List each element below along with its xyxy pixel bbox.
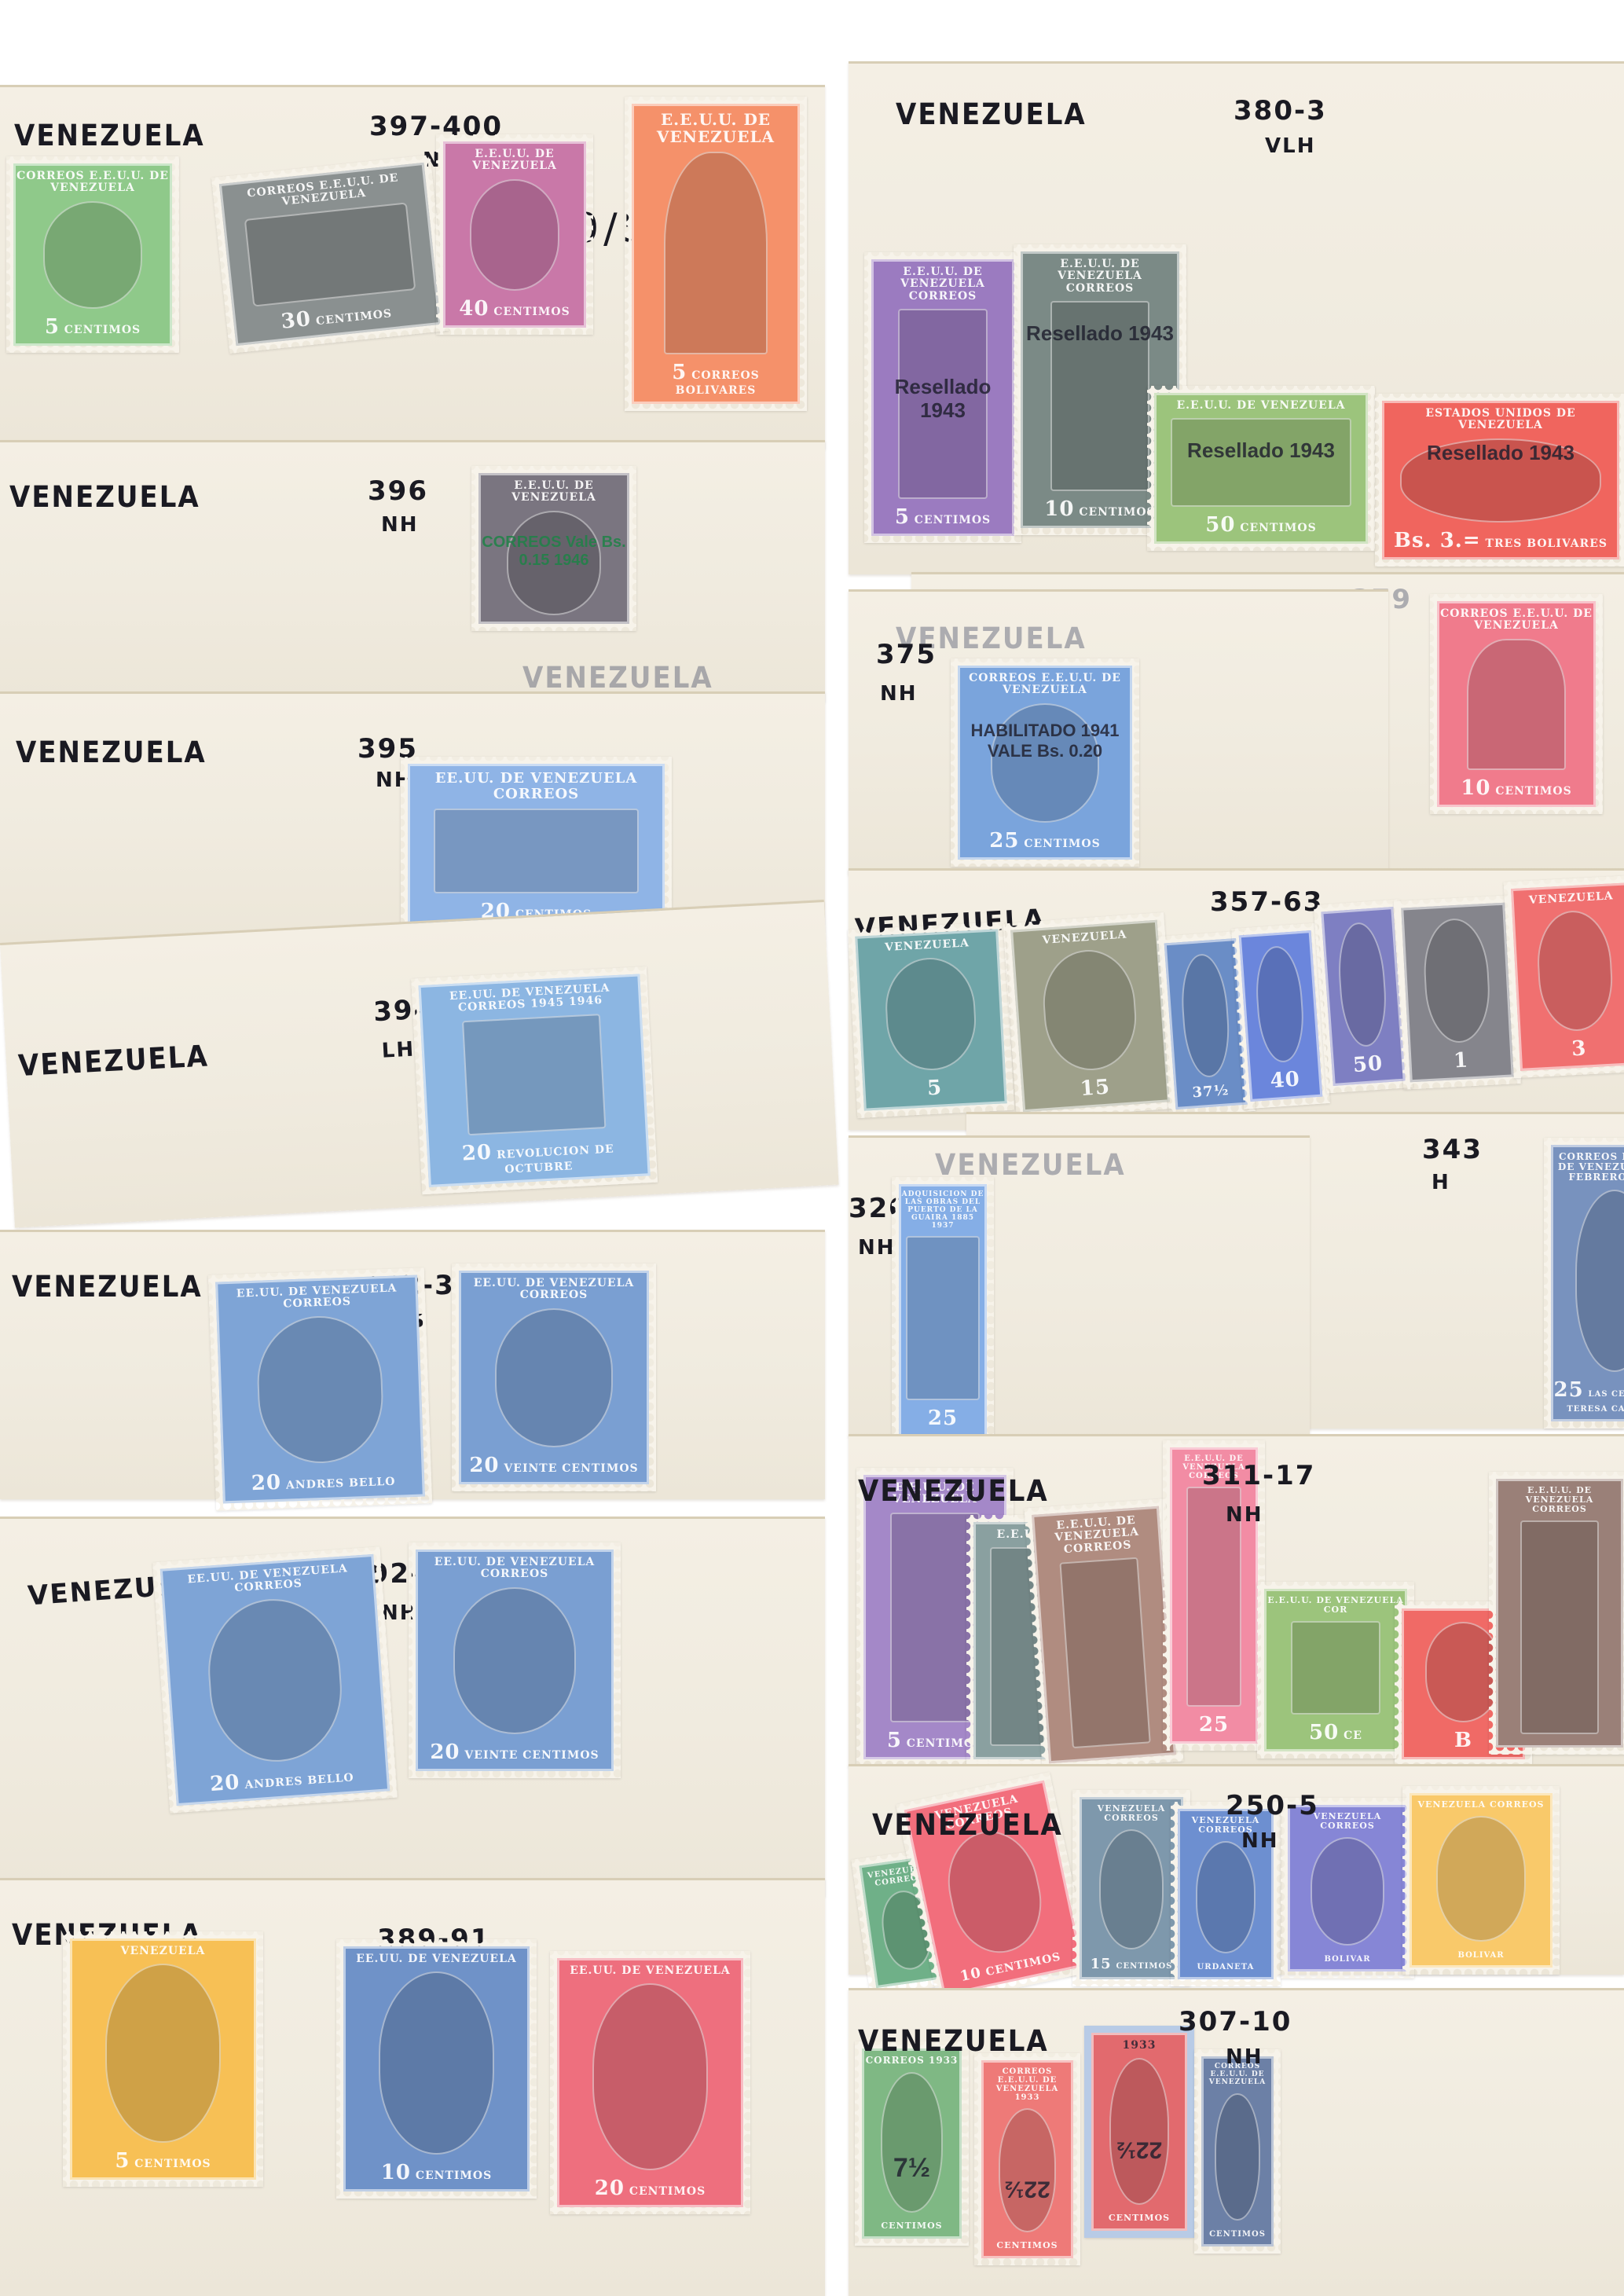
stamp-header: E.E.U.U. DE VENEZUELA CORREOS	[1498, 1481, 1621, 1514]
stamp-header: EE.UU. DE VENEZUELA CORREOS 1945 1946	[421, 977, 640, 1017]
condition-label: NH	[858, 1236, 896, 1260]
stamp-header: EE.UU. DE VENEZUELA CORREOS	[410, 766, 662, 802]
stamp-vignette	[881, 2072, 943, 2213]
stamp: CORREOS E.E.U.U. DE VENEZUELA 14 FEBRERO…	[1544, 1138, 1624, 1429]
stamp-vignette	[1467, 639, 1566, 770]
sleeve-380-3: VENEZUELA 380-3 VLH E.E.U.U. DE VENEZUEL…	[849, 61, 1624, 574]
stamp: ESTADOS UNIDOS DE VENEZUELABs. 3.= TRES …	[1375, 394, 1624, 567]
stamp: CORREOS E.E.U.U. DE VENEZUELA30 CENTIMOS	[211, 155, 449, 354]
stamp-header: VENEZUELA	[121, 1941, 206, 1957]
stamp-footer: URDANETA	[1197, 1960, 1255, 1977]
stamp-footer: CENTIMOS	[1209, 2227, 1266, 2244]
stamp-footer: 50	[1352, 1051, 1384, 1082]
stamp-footer: 20 ANDRES BELLO	[251, 1467, 396, 1500]
stamp-vignette	[105, 1964, 221, 2143]
stamp-footer: 40	[1270, 1068, 1302, 1098]
stamp-header: VENEZUELA CORREOS	[1082, 1799, 1181, 1823]
stamp-footer: 37½	[1192, 1082, 1230, 1106]
stamp-footer: 10 CENTIMOS	[1461, 776, 1571, 805]
condition-label: NH	[880, 682, 918, 706]
stamp-surcharge: 7½	[864, 2153, 959, 2184]
stamp-footer: 1	[1453, 1048, 1469, 1077]
condition-label: NH	[1226, 2045, 1263, 2069]
stamp-surcharge: 22½	[984, 2175, 1071, 2202]
stamp-header: CORREOS E.E.U.U. DE VENEZUELA 1933	[984, 2063, 1071, 2102]
stamp-vignette	[1196, 1841, 1256, 1953]
stamp-header: 1933	[1123, 2035, 1157, 2052]
condition-label: NH	[381, 513, 419, 537]
catalog-label: 250-5	[1226, 1790, 1319, 1821]
stamp: CORREOS E.E.U.U. DE VENEZUELA5 CENTIMOS	[6, 156, 179, 353]
stamp-vignette	[906, 1236, 980, 1400]
sleeve-307-10: VENEZUELA 307-10 NH CORREOS 1933CENTIMOS…	[849, 1988, 1624, 2296]
stamp-vignette	[203, 1594, 347, 1766]
stamp-header: E.E.U.U. DE VENEZUELA CORREOS	[1034, 1509, 1159, 1558]
stamp-footer: 10 CENTIMOS	[381, 2161, 492, 2189]
stamp: E.E.U.U. DE VENEZUELA40 CENTIMOS	[436, 134, 593, 335]
stamp-footer: 5 CENTIMOS	[115, 2149, 211, 2177]
stamp-vignette	[453, 1587, 577, 1734]
stamp: CORREOS 1933CENTIMOS7½	[855, 2041, 969, 2246]
stamp-vignette	[244, 202, 416, 306]
stamp-header: VENEZUELA CORREOS	[1418, 1795, 1545, 1810]
sleeve-357-63: VENEZUELA 357-63 LH VENEZUELA5 VENEZUELA…	[849, 868, 1624, 1130]
stamp-vignette	[255, 1314, 385, 1465]
stamp-footer: Bs. 3.= TRES BOLIVARES	[1394, 529, 1608, 557]
sleeve-250-5: VENEZUELA 250-5 NH VENEZUELA CORREOS VEN…	[849, 1764, 1624, 1975]
catalog-label: 357-63	[1210, 886, 1323, 918]
stamp-header: EE.UU. DE VENEZUELA CORREOS	[163, 1557, 373, 1600]
stamp: VENEZUELA CORREOSBOLIVAR	[1402, 1786, 1560, 1975]
stamp-vignette	[1291, 1621, 1380, 1715]
ghost-label: VENEZUELA	[522, 661, 713, 695]
stamp-vignette	[592, 1983, 708, 2170]
stamp: CORREOS E.E.U.U. DE VENEZUELACENTIMOS	[1194, 2049, 1281, 2254]
stamp-header: EE.UU. DE VENEZUELA	[570, 1960, 731, 1977]
stamp-header: VENEZUELA	[885, 933, 970, 954]
stamp-vignette	[1109, 2058, 1169, 2205]
stamp: VENEZUELA15	[1003, 912, 1178, 1120]
stamp-footer: 25 LAS CENIZAS DE TERESA CARREÑO	[1553, 1378, 1624, 1419]
stamp-footer: 10 CENTIMOS	[959, 1947, 1063, 1990]
catalog-label: 343	[1422, 1134, 1483, 1165]
catalog-label: 375	[876, 639, 937, 670]
stamp-vignette	[1336, 921, 1389, 1048]
catalog-label: 380-3	[1234, 95, 1327, 127]
catalog-label: 307-10	[1179, 2006, 1292, 2037]
stamp-vignette	[1171, 418, 1351, 507]
stamp-footer: 5 CENTIMOS	[895, 505, 991, 534]
stamp-vignette	[1099, 1829, 1164, 1949]
country-label: VENEZUELA	[14, 119, 205, 153]
stamp-vignette	[1040, 948, 1140, 1073]
stamp-overprint: Resellado 1943	[874, 376, 1012, 423]
sleeve-397-400: VENEZUELA 397-400 NH 40/50 CORREOS E.E.U…	[0, 85, 825, 449]
stamp: 1933CENTIMOS22½	[1084, 2026, 1194, 2238]
stamp-vignette	[883, 956, 977, 1073]
stamp-footer: 50 CENTIMOS	[1205, 513, 1316, 541]
stamp-footer	[913, 1975, 914, 1980]
stamp: CORREOS E.E.U.U. DE VENEZUELA10 CENTIMOS	[1430, 594, 1603, 814]
country-label: VENEZUELA	[872, 1808, 1063, 1843]
stamp-footer: 5 CORREOS BOLIVARES	[634, 361, 797, 402]
stamp-vignette	[462, 1014, 606, 1135]
stamp-footer: 25	[1199, 1713, 1229, 1741]
stamp-overprint: Resellado 1943	[1157, 439, 1366, 463]
stamp-footer: BOLIVAR	[1457, 1948, 1504, 1965]
stamp-footer: 10 CENTIMOS	[1044, 497, 1155, 526]
sleeve-389-91: VENEZUELA 389-91 H VENEZUELA5 CENTIMOS E…	[0, 1878, 825, 2296]
catalog-label: 311-17	[1202, 1460, 1315, 1491]
stamp-footer: 20 REVOLUCION DE OCTUBRE	[429, 1132, 647, 1184]
country-label: VENEZUELA	[858, 1474, 1049, 1509]
stamp-header: CORREOS E.E.U.U. DE VENEZUELA	[1439, 603, 1593, 633]
stamp: E.E.U.U. DE VENEZUELA5 CORREOS BOLIVARES	[625, 97, 807, 411]
condition-label: VLH	[1265, 134, 1315, 158]
stamp: E.E.U.U. DE VENEZUELA CORREOS	[1489, 1472, 1624, 1755]
stamp: EE.UU. DE VENEZUELA CORREOS 1945 194620 …	[411, 966, 658, 1194]
stamp-header: E.E.U.U. DE VENEZUELA	[634, 106, 797, 145]
stamp-footer: 20 ANDRES BELLO	[209, 1762, 355, 1801]
stamp-vignette	[1575, 1190, 1624, 1372]
stamp-footer: 5	[926, 1076, 943, 1105]
stamp: VENEZUELA CORREOSBOLIVAR	[1281, 1798, 1414, 1979]
stamp: EE.UU. DE VENEZUELA CORREOS20 ANDRES BEL…	[208, 1267, 432, 1510]
stamp-vignette	[434, 809, 639, 893]
condition-label: H	[1432, 1171, 1450, 1194]
stamp-footer: CENTIMOS	[996, 2239, 1058, 2256]
stamp-footer: CENTIMOS	[1109, 2211, 1170, 2228]
stamp-overprint: HABILITADO 1941 VALE Bs. 0.20	[960, 721, 1130, 761]
stamp-vignette	[1520, 1520, 1600, 1734]
stamp-header: ADQUISICION DE LAS OBRAS DEL PUERTO DE L…	[901, 1187, 984, 1230]
stamp: VENEZUELA3	[1504, 875, 1624, 1079]
stamp-footer: 15	[1080, 1075, 1112, 1106]
stamp-vignette	[495, 1308, 613, 1447]
stamp-footer: 5 CENTIMOS	[45, 315, 141, 343]
left-column: VENEZUELA 397-400 NH 40/50 CORREOS E.E.U…	[0, 0, 825, 2296]
stamp-header: ESTADOS UNIDOS DE VENEZUELA	[1384, 403, 1617, 432]
stamp-vignette	[1253, 944, 1306, 1064]
stamp: 40	[1231, 922, 1330, 1109]
stamp: CORREOS E.E.U.U. DE VENEZUELA25 CENTIMOS…	[951, 658, 1139, 867]
stamp-vignette	[1421, 917, 1492, 1044]
stamp-header: CORREOS E.E.U.U. DE VENEZUELA 14 FEBRERO…	[1553, 1147, 1624, 1183]
stamp: E.E.U.U. DE VENEZUELA CORREOS	[1025, 1498, 1184, 1771]
stamp-header: EE.UU. DE VENEZUELA	[356, 1949, 517, 1965]
stamp-vignette	[938, 1823, 1050, 1961]
sleeve-320: VENEZUELA 320 NH ADQUISICION DE LAS OBRA…	[849, 1135, 1310, 1436]
stamp-header: E.E.U.U. DE VENEZUELA CORREOS	[1023, 254, 1177, 295]
stamp-vignette	[1215, 2093, 1259, 2221]
stamp-vignette	[1059, 1557, 1151, 1748]
stamp-footer: 50 CE	[1309, 1721, 1362, 1749]
sleeve-311-17: VENEZUELA 311-17 NH E.E.U.U. DE VENEZUEL…	[849, 1434, 1624, 1766]
country-label: VENEZUELA	[858, 2024, 1049, 2059]
stamp-vignette	[1534, 909, 1615, 1032]
stamp: VENEZUELA5	[848, 922, 1014, 1118]
country-label: VENEZUELA	[16, 735, 207, 770]
stamp-overprint: Resellado 1943	[1023, 322, 1177, 346]
stamp-overprint: Resellado 1943	[1384, 442, 1617, 465]
stamp-header: CORREOS E.E.U.U. DE VENEZUELA	[960, 668, 1130, 697]
stamp-header: E.E.U.U. DE VENEZUELA CORREOS	[874, 262, 1012, 303]
stamp-footer: 25 CENTIMOS	[989, 829, 1100, 857]
stamp: EE.UU. DE VENEZUELA CORREOS20 ANDRES BEL…	[152, 1546, 398, 1813]
stamp-header: CORREOS E.E.U.U. DE VENEZUELA	[16, 166, 170, 195]
stamp: EE.UU. DE VENEZUELA CORREOS20 VEINTE CEN…	[452, 1264, 656, 1491]
stamp-footer: B	[1454, 1729, 1472, 1757]
stamp: EE.UU. DE VENEZUELA10 CENTIMOS	[336, 1939, 537, 2199]
stamp-header: VENEZUELA	[1528, 886, 1614, 907]
sleeve-394: VENEZUELA 394 LH EE.UU. DE VENEZUELA COR…	[0, 900, 839, 1227]
stamp: E.E.U.U. DE VENEZUELA50 CENTIMOSResellad…	[1147, 386, 1375, 551]
stamp-header: E.E.U.U. DE VENEZUELA	[481, 475, 627, 504]
stamp-header: E.E.U.U. DE VENEZUELA	[445, 144, 584, 173]
stamp-footer: 25	[928, 1407, 958, 1435]
condition-label: LH	[381, 1038, 416, 1063]
stamp-vignette	[664, 152, 768, 354]
stamp-vignette	[43, 201, 142, 309]
stamp: EE.UU. DE VENEZUELA CORREOS20 VEINTE CEN…	[409, 1542, 621, 1778]
stamp-surcharge: 22½	[1094, 2136, 1185, 2163]
stamp-header: VENEZUELA	[1042, 925, 1127, 948]
stamp-vignette	[1311, 1837, 1385, 1946]
stamp-overprint: CORREOS Vale Bs. 0.15 1946	[481, 534, 627, 570]
stamp-header: E.E.U.U. DE VENEZUELA	[1176, 395, 1345, 412]
stamp-header: EE.UU. DE VENEZUELA CORREOS	[418, 1552, 611, 1581]
stamp-vignette	[1436, 1816, 1525, 1942]
country-label: VENEZUELA	[896, 97, 1087, 132]
stamp-vignette	[470, 179, 559, 291]
sleeve-392-3: VENEZUELA 392-3 NH EE.UU. DE VENEZUELA C…	[0, 1230, 825, 1499]
stamp-header: EE.UU. DE VENEZUELA CORREOS	[461, 1273, 647, 1302]
sleeve-396: VENEZUELA 396 NH VENEZUELA E.E.U.U. DE V…	[0, 440, 825, 702]
catalog-label: 396	[368, 475, 428, 507]
stamp: EE.UU. DE VENEZUELA20 CENTIMOS	[550, 1951, 750, 2214]
sleeve-375: VENEZUELA 375 NH CORREOS E.E.U.U. DE VEN…	[849, 589, 1388, 875]
condition-label: NH	[1226, 1503, 1263, 1527]
stamp: CORREOS E.E.U.U. DE VENEZUELA 1933CENTIM…	[974, 2053, 1080, 2265]
stamp-footer: 40 CENTIMOS	[459, 297, 570, 325]
stamp-footer: CENTIMOS	[881, 2219, 942, 2236]
condition-label: NH	[1241, 1829, 1279, 1853]
stamp-vignette	[999, 2108, 1056, 2232]
right-column: VENEZUELA 380-3 VLH E.E.U.U. DE VENEZUEL…	[849, 0, 1624, 2296]
stamp-footer: BOLIVAR	[1324, 1952, 1370, 1969]
stamp-footer: 20 VEINTE CENTIMOS	[469, 1454, 638, 1482]
stamp-header: EE.UU. DE VENEZUELA CORREOS	[218, 1278, 416, 1314]
stamp: E.E.U.U. DE VENEZUELACORREOS Vale Bs. 0.…	[471, 466, 636, 631]
stamp: VENEZUELA5 CENTIMOS	[63, 1931, 263, 2187]
stamp-footer: 3	[1571, 1036, 1587, 1065]
sleeve-392-5: VENEZUELA 392-5 NH EE.UU. DE VENEZUELA C…	[0, 1517, 825, 1896]
stamp-vignette	[1179, 952, 1232, 1079]
stamp-header: E.E.U.U. DE VENEZUELA COR	[1267, 1591, 1405, 1615]
stamp: ADQUISICION DE LAS OBRAS DEL PUERTO DE L…	[892, 1177, 994, 1444]
stamp: 1	[1394, 895, 1521, 1090]
country-label: VENEZUELA	[9, 480, 200, 515]
stamp: E.E.U.U. DE VENEZUELA COR50 CE	[1257, 1582, 1414, 1759]
stamp-footer: 20 CENTIMOS	[595, 2177, 706, 2205]
country-label: VENEZUELA	[17, 1039, 210, 1084]
stamp-footer: 30 CENTIMOS	[280, 299, 393, 339]
stamp-footer: 20 VEINTE CENTIMOS	[430, 1740, 599, 1769]
stamp: E.E.U.U. DE VENEZUELA CORREOS5 CENTIMOSR…	[864, 252, 1021, 543]
stamp-footer: 15 CENTIMOS	[1091, 1956, 1173, 1977]
country-label: VENEZUELA	[12, 1270, 203, 1304]
stamp-vignette	[379, 1971, 494, 2155]
